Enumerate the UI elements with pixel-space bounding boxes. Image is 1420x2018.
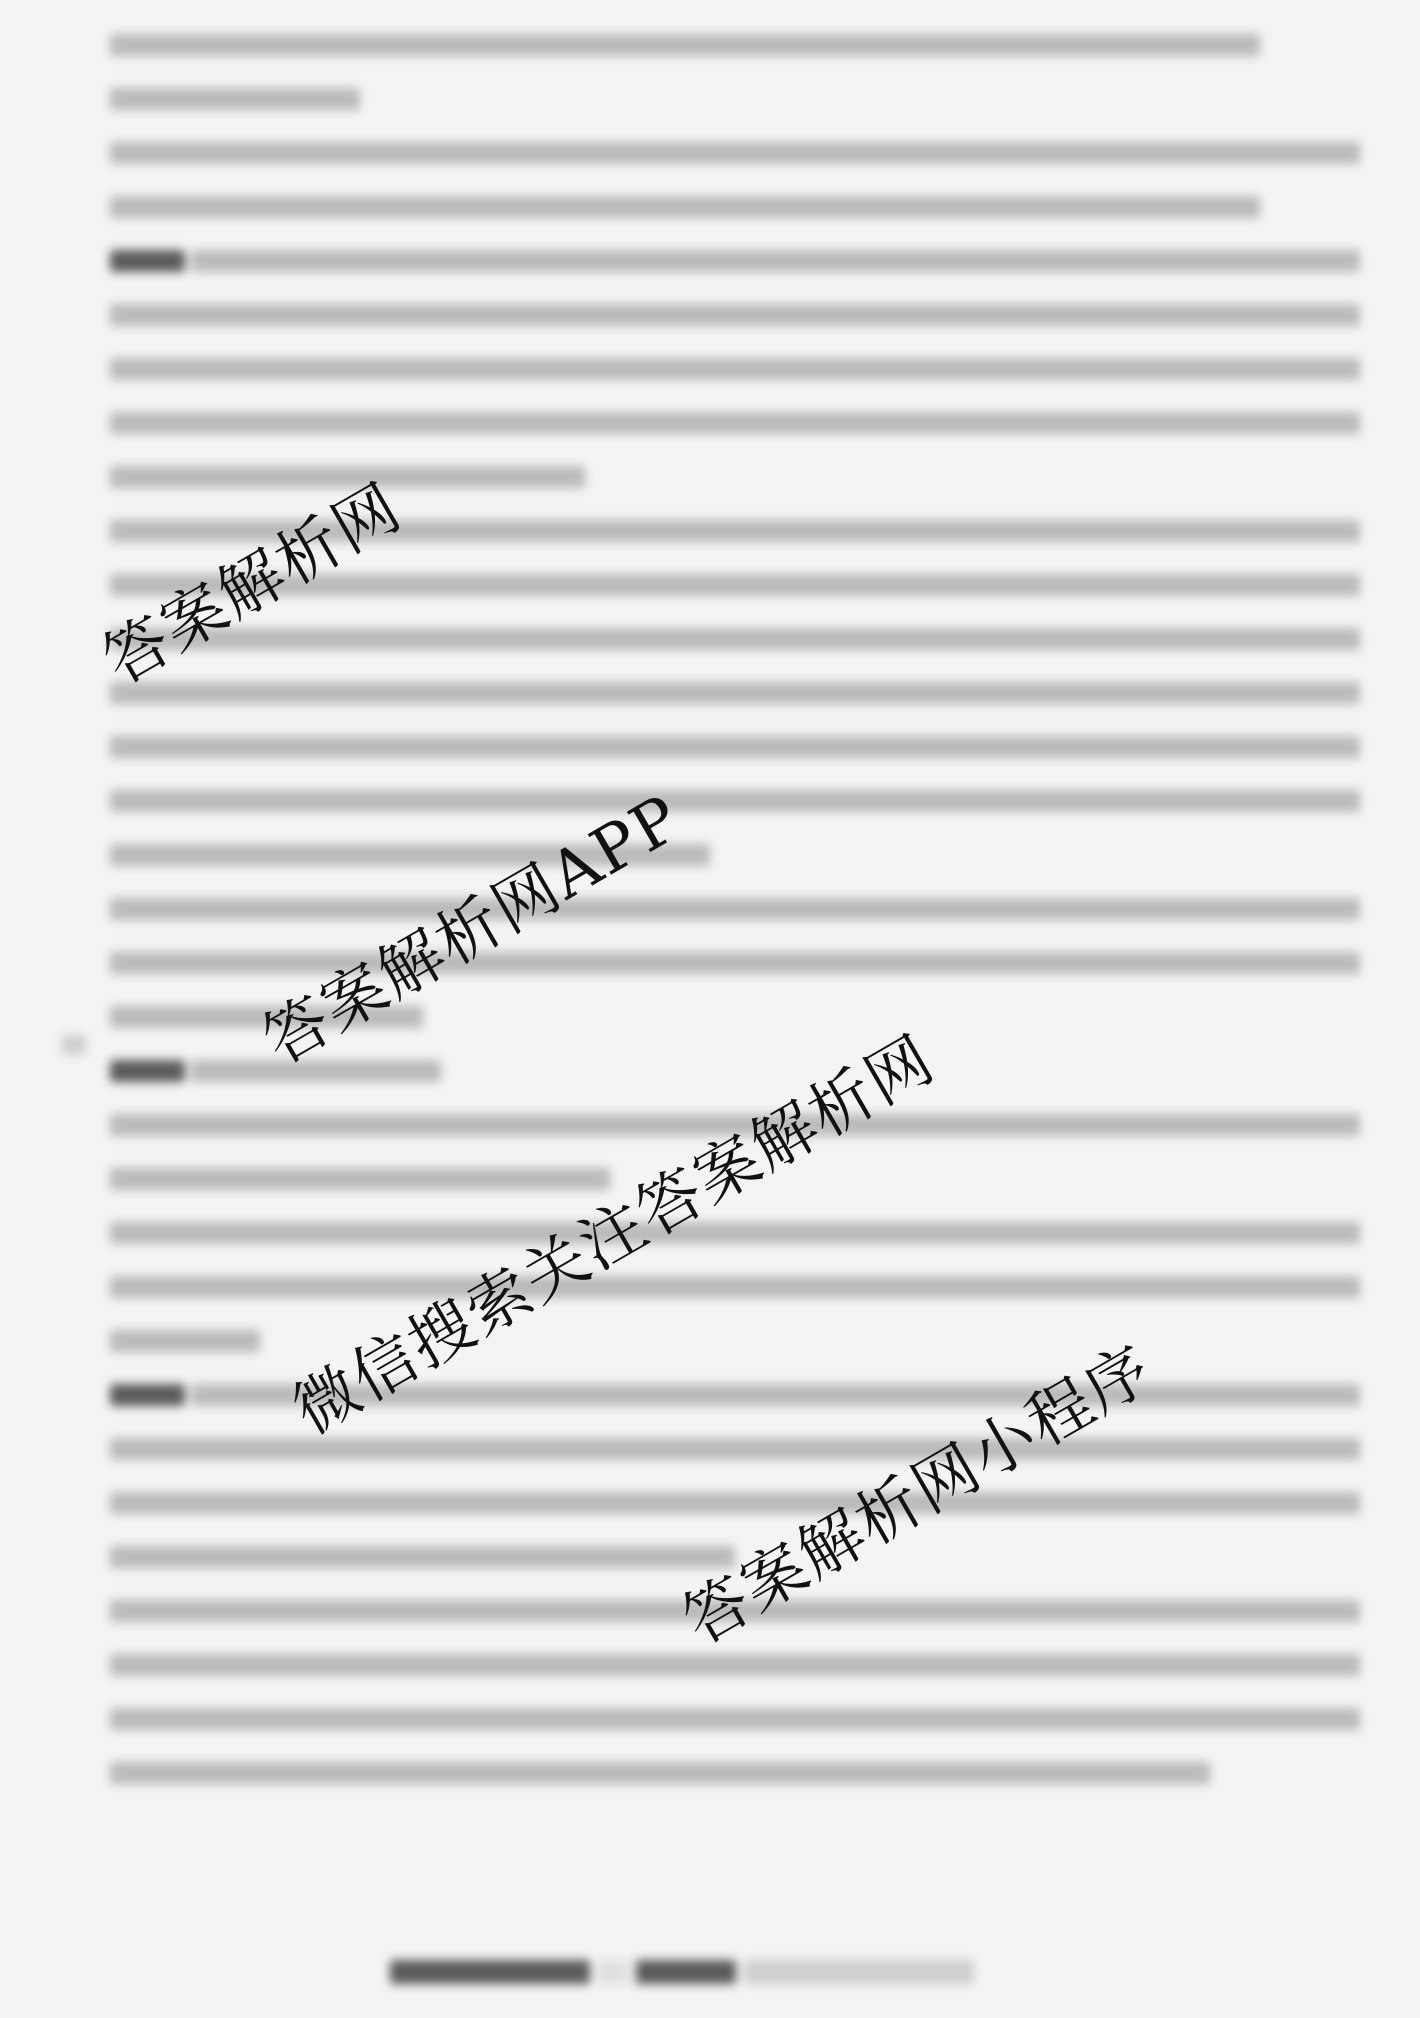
page-footer	[390, 1960, 1030, 1986]
question-number: 19.	[62, 1035, 86, 1055]
document-page: 19. 答案解析网 答案解析网APP 微信搜索关注答案解析网 答案解析网小程序	[0, 0, 1420, 2018]
